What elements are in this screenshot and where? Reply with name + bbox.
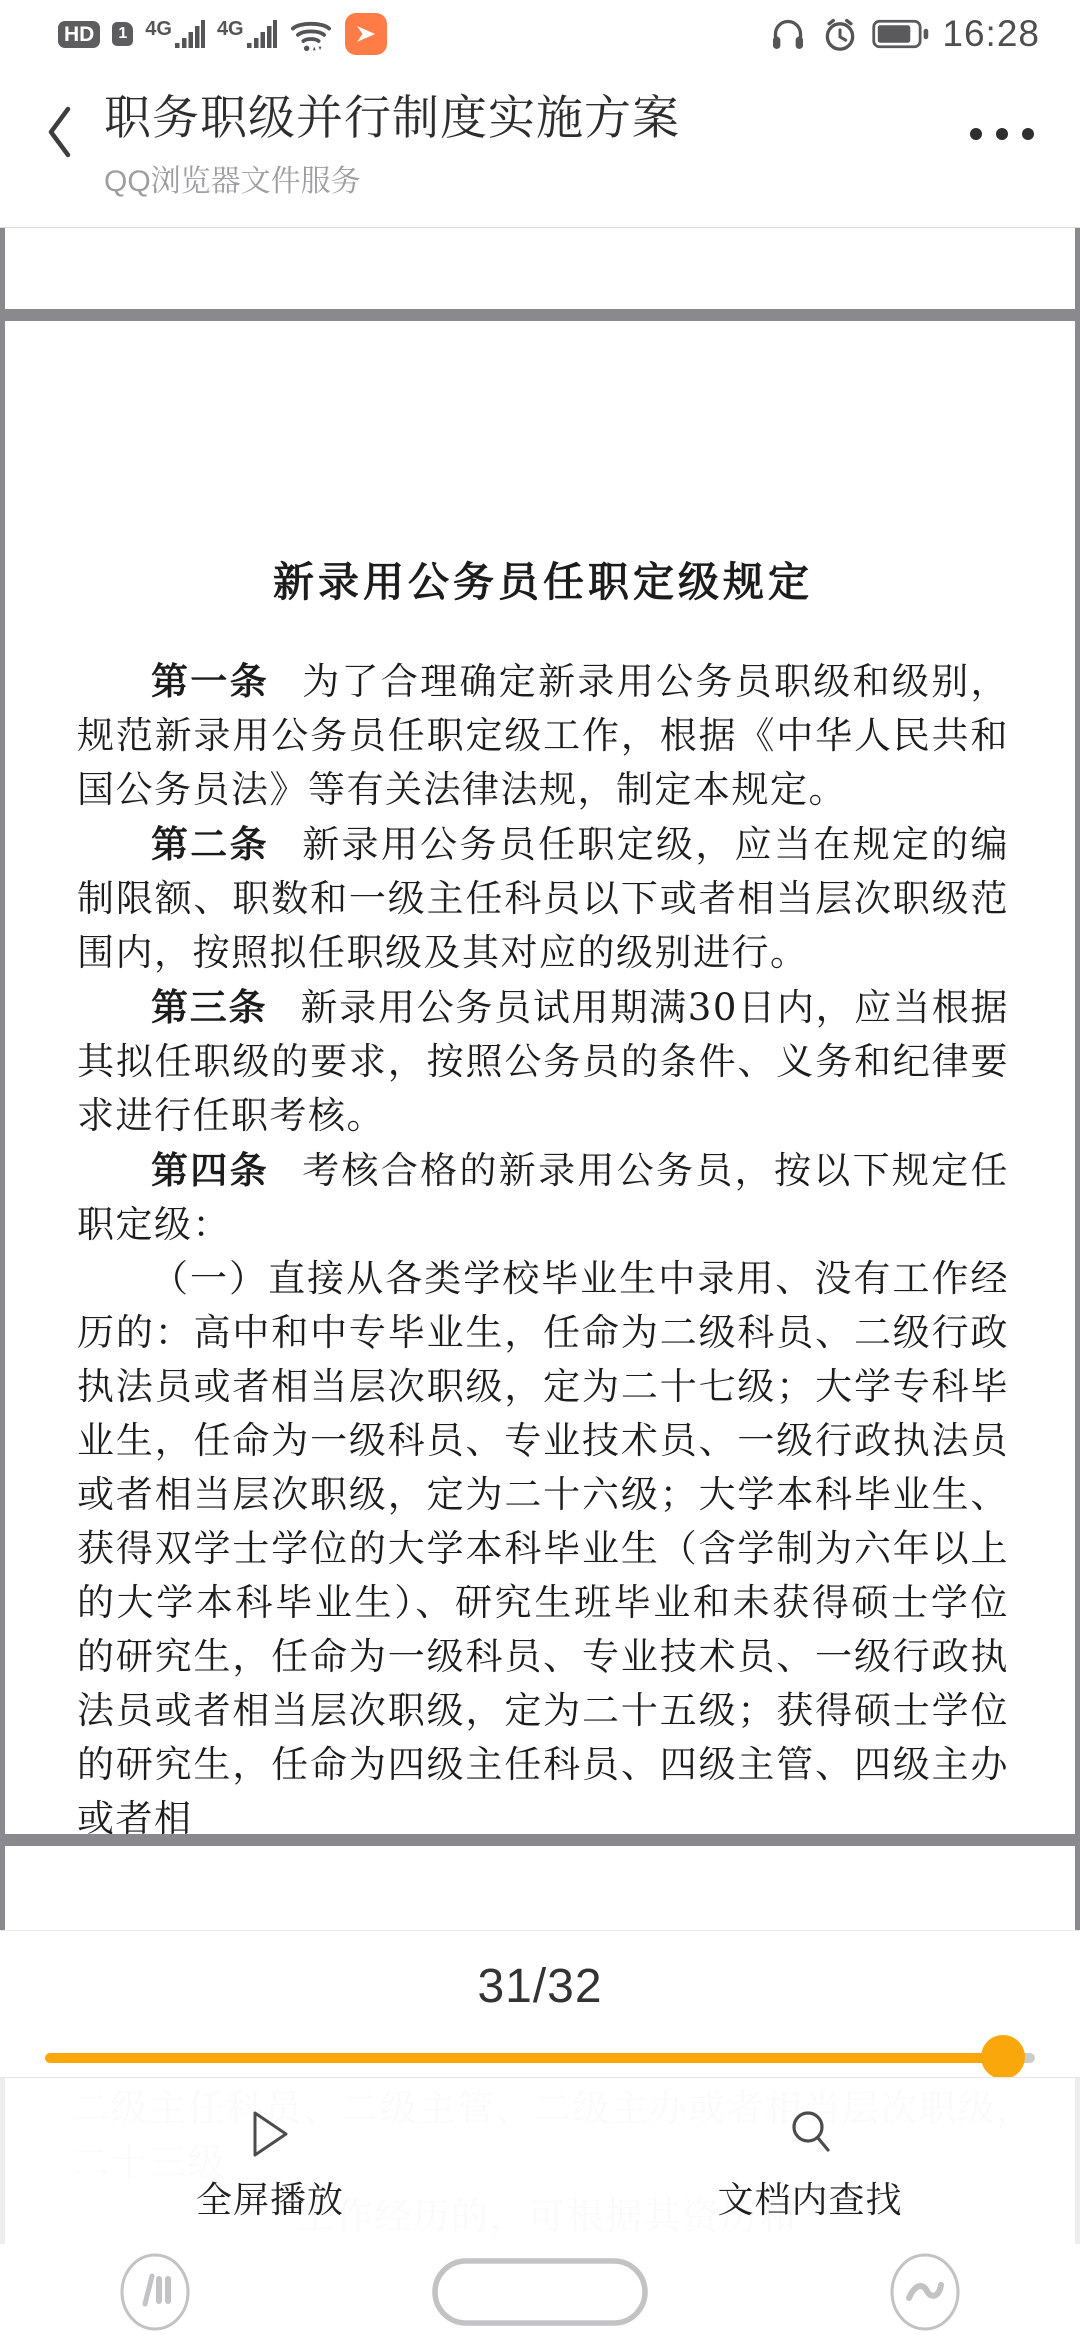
- battery-icon: [872, 17, 930, 51]
- fullscreen-play-button[interactable]: 全屏播放: [0, 2078, 540, 2244]
- hd-icon: HD: [58, 21, 100, 48]
- assistant-swirl-icon: [888, 2252, 962, 2332]
- sim1-icon: 1: [112, 22, 133, 46]
- back-chevron-icon: [44, 104, 76, 160]
- multitask-icon: [118, 2252, 192, 2332]
- slider-thumb[interactable]: [981, 2035, 1025, 2079]
- nav-assistant-button[interactable]: [888, 2252, 962, 2332]
- pager-panel: 31/32: [0, 1930, 1080, 2077]
- header: 职务职级并行制度实施方案 QQ浏览器文件服务: [0, 62, 1080, 227]
- nav-home-pill-button[interactable]: [431, 2257, 649, 2327]
- document-page-31[interactable]: 新录用公务员任职定级规定 第一条为了合理确定新录用公务员职级和级别，规范新录用公…: [5, 321, 1075, 1834]
- fullscreen-play-label: 全屏播放: [196, 2172, 344, 2223]
- bottom-toolbar: 全屏播放 文档内查找: [0, 2077, 1080, 2244]
- page-title: 职务职级并行制度实施方案: [104, 81, 960, 148]
- nav-multitask-button[interactable]: [118, 2252, 192, 2332]
- doc-paragraph: 第三条新录用公务员试用期满30日内，应当根据其拟任职级的要求，按照公务员的条件、…: [77, 980, 1009, 1143]
- doc-paragraph: 第二条新录用公务员任职定级，应当在规定的编制限额、职数和一级主任科员以下或者相当…: [77, 817, 1009, 980]
- search-in-document-label: 文档内查找: [717, 2172, 902, 2223]
- home-pill-icon: [431, 2257, 649, 2327]
- signal-4g-icon-1: 4G: [145, 17, 205, 51]
- slider-fill: [45, 2053, 1003, 2063]
- dot-icon: [1022, 128, 1034, 140]
- search-in-document-button[interactable]: 文档内查找: [540, 2078, 1080, 2244]
- clock-time: 16:28: [942, 13, 1040, 55]
- play-icon: [246, 2106, 294, 2162]
- wifi-icon: [289, 15, 333, 53]
- signal-4g-icon-2: 4G: [217, 17, 277, 51]
- back-button[interactable]: [30, 104, 90, 160]
- signal-bars-icon: [247, 17, 277, 51]
- qq-browser-app-icon: [345, 13, 387, 55]
- headphones-icon: [768, 14, 808, 54]
- doc-paragraph: 第四条考核合格的新录用公务员，按以下规定任职定级：: [77, 1143, 1009, 1252]
- page-progress-slider[interactable]: [45, 2035, 1035, 2079]
- page-indicator: 31/32: [0, 1959, 1080, 2014]
- status-bar: HD 1 4G 4G: [0, 0, 1080, 62]
- page-subtitle: QQ浏览器文件服务: [104, 156, 960, 200]
- dot-icon: [996, 128, 1008, 140]
- document-title: 新录用公务员任职定级规定: [77, 549, 1009, 608]
- more-menu-button[interactable]: [960, 108, 1044, 160]
- page-separator: [0, 309, 1080, 321]
- gesture-navbar: [0, 2244, 1080, 2340]
- dot-icon: [970, 128, 982, 140]
- doc-paragraph: （一）直接从各类学校毕业生中录用、没有工作经历的：高中和中专毕业生，任命为二级科…: [77, 1252, 1009, 1846]
- signal-bars-icon: [175, 17, 205, 51]
- doc-paragraph: 第一条为了合理确定新录用公务员职级和级别，规范新录用公务员任职定级工作，根据《中…: [77, 654, 1009, 817]
- previous-page-bottom[interactable]: [5, 228, 1075, 309]
- search-icon: [784, 2106, 836, 2162]
- alarm-clock-icon: [820, 14, 860, 54]
